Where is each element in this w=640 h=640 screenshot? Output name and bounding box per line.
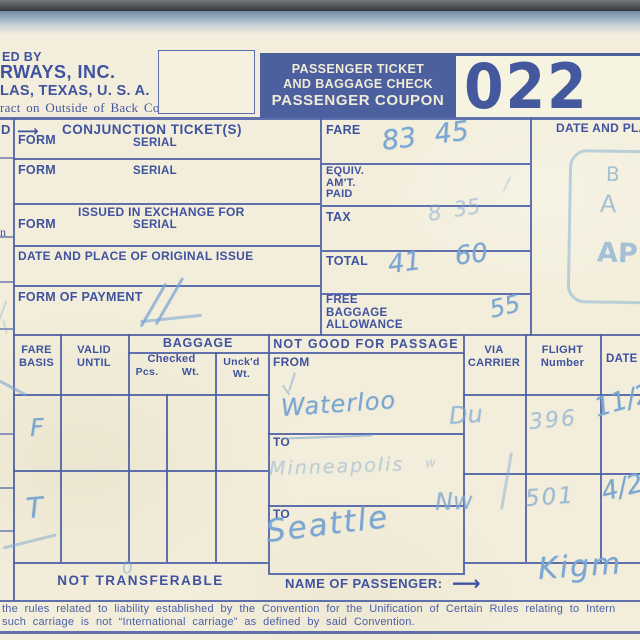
flight-2-handwritten: 501 bbox=[524, 483, 576, 512]
baggage-header: BAGGAGE bbox=[128, 335, 268, 350]
stamp-text-line3: AP bbox=[596, 237, 638, 269]
pcs-header: Pcs. bbox=[128, 366, 166, 379]
grid-line bbox=[530, 118, 532, 335]
name-of-passenger-label: NAME OF PASSENGER: bbox=[285, 577, 443, 592]
stray-handwriting-w: w bbox=[425, 456, 436, 471]
fare-basis-header: FARE BASIS bbox=[13, 340, 60, 374]
total-value-handwritten: 41 60 bbox=[386, 238, 489, 280]
date-header: DATE bbox=[606, 353, 638, 366]
grid-line bbox=[0, 631, 640, 634]
issuer-line-3: LAS, TEXAS, U. S. A. bbox=[0, 83, 150, 99]
grid-line bbox=[215, 352, 217, 562]
date-place-label: DATE AND PLACE bbox=[556, 122, 640, 135]
fare-basis-handwritten-1: F bbox=[29, 413, 44, 442]
equiv-amt-paid-label: EQUIV. AM'T. PAID bbox=[326, 166, 364, 201]
validation-stamp bbox=[567, 149, 640, 305]
name-arrow-icon: ⟶ bbox=[452, 572, 481, 594]
baggage-allowance-label: FREE BAGGAGE ALLOWANCE bbox=[326, 294, 403, 332]
cut-off-line bbox=[0, 433, 13, 435]
scanned-passenger-ticket: ED BY RWAYS, INC. LAS, TEXAS, U. S. A. r… bbox=[0, 0, 640, 640]
exchange-label: ISSUED IN EXCHANGE FOR bbox=[78, 206, 245, 219]
stamp-text-line2: A bbox=[600, 190, 617, 219]
coupon-number: 022 bbox=[464, 50, 589, 123]
grid-line bbox=[268, 573, 465, 575]
coupon-title-line2: AND BAGGAGE CHECK bbox=[283, 77, 433, 92]
tax-label: TAX bbox=[326, 210, 351, 224]
payment-handwriting-mark bbox=[140, 314, 202, 323]
handwriting-stroke bbox=[288, 372, 296, 392]
conjunction-title: CONJUNCTION TICKET(S) bbox=[62, 122, 242, 137]
handwriting-stroke bbox=[500, 452, 513, 510]
serial-label-row3: SERIAL bbox=[133, 219, 177, 232]
grid-line bbox=[13, 562, 268, 564]
handwriting-stroke bbox=[284, 434, 372, 439]
fine-print-line-2: such carriage is not “International carr… bbox=[2, 616, 415, 628]
passenger-signature-handwritten: Kigm bbox=[537, 546, 624, 587]
stamp-text-line1: B bbox=[606, 162, 621, 186]
original-issue-label: DATE AND PLACE OF ORIGINAL ISSUE bbox=[18, 250, 253, 263]
allowance-value-handwritten: 55 bbox=[487, 289, 523, 324]
cut-off-line bbox=[0, 281, 13, 283]
checked-header: Checked bbox=[128, 353, 215, 365]
coupon-number-panel: 022 bbox=[456, 53, 640, 120]
form-label-row2: FORM bbox=[18, 163, 56, 177]
tax-value-handwritten: 8 35 bbox=[426, 194, 482, 226]
validator-box bbox=[158, 50, 255, 114]
from-label: FROM bbox=[273, 356, 310, 369]
fine-print-line-1: the rules related to liability establish… bbox=[2, 603, 615, 615]
unchecked-wt-header: Unck'd Wt. bbox=[215, 354, 268, 382]
payment-label: FORM OF PAYMENT bbox=[18, 290, 143, 304]
back-cover-note: ract on Outside of Back Cover bbox=[0, 101, 177, 116]
grid-line bbox=[600, 334, 602, 562]
form-label-row3: FORM bbox=[18, 217, 56, 231]
to-city-1-handwritten: Minneapolis bbox=[269, 453, 405, 480]
equiv-handwriting-mark bbox=[503, 176, 512, 191]
via-carrier-header: VIA CARRIER bbox=[463, 340, 525, 374]
coupon-title-line3: PASSENGER COUPON bbox=[272, 92, 445, 110]
handwriting-stroke bbox=[0, 300, 7, 319]
flight-1-handwritten: 396 bbox=[528, 406, 578, 435]
not-good-for-passage-header: NOT GOOD FOR PASSAGE bbox=[268, 336, 464, 351]
grid-line bbox=[13, 470, 268, 472]
issuer-line-2: RWAYS, INC. bbox=[0, 62, 116, 82]
grid-line bbox=[268, 352, 464, 354]
grid-line bbox=[320, 118, 322, 335]
grid-line bbox=[166, 394, 168, 562]
wt-header: Wt. bbox=[166, 366, 215, 379]
handwriting-stroke bbox=[2, 320, 8, 334]
carrier-2-handwritten: Nw bbox=[435, 487, 474, 516]
serial-label-row1: SERIAL bbox=[133, 137, 177, 150]
carrier-1-handwritten: Du bbox=[448, 400, 484, 430]
grid-line bbox=[0, 600, 640, 602]
fare-basis-handwritten-2: T bbox=[25, 491, 45, 525]
valid-until-header: VALID UNTIL bbox=[60, 340, 128, 374]
coupon-title-line1: PASSENGER TICKET bbox=[292, 62, 425, 77]
fare-value-handwritten: 83 45 bbox=[380, 115, 470, 156]
grid-line bbox=[13, 285, 320, 287]
cut-off-line bbox=[0, 530, 13, 532]
photo-top-dark-edge bbox=[0, 0, 640, 11]
coupon-title-band: PASSENGER TICKET AND BAGGAGE CHECK PASSE… bbox=[260, 53, 456, 118]
grid-line bbox=[13, 245, 320, 247]
total-label: TOTAL bbox=[326, 254, 368, 268]
not-transferable-label: NOT TRANSFERABLE bbox=[13, 568, 268, 594]
cut-off-line bbox=[0, 157, 13, 159]
ticket-stack-blue-edge bbox=[0, 11, 640, 35]
edge-letter-n: n bbox=[0, 226, 6, 239]
edge-letter-d: D bbox=[1, 123, 11, 138]
date-1-handwritten: 11/2 bbox=[591, 378, 640, 423]
fare-label: FARE bbox=[326, 123, 361, 137]
from-city-handwritten: Waterloo bbox=[280, 386, 397, 422]
grid-line bbox=[13, 394, 268, 396]
cut-off-line bbox=[0, 487, 13, 489]
grid-line bbox=[13, 158, 320, 160]
handwriting-stroke bbox=[3, 533, 57, 549]
form-label-row1: FORM bbox=[18, 133, 56, 147]
flight-number-header: FLIGHT Number bbox=[525, 340, 600, 374]
serial-label-row2: SERIAL bbox=[133, 165, 177, 178]
